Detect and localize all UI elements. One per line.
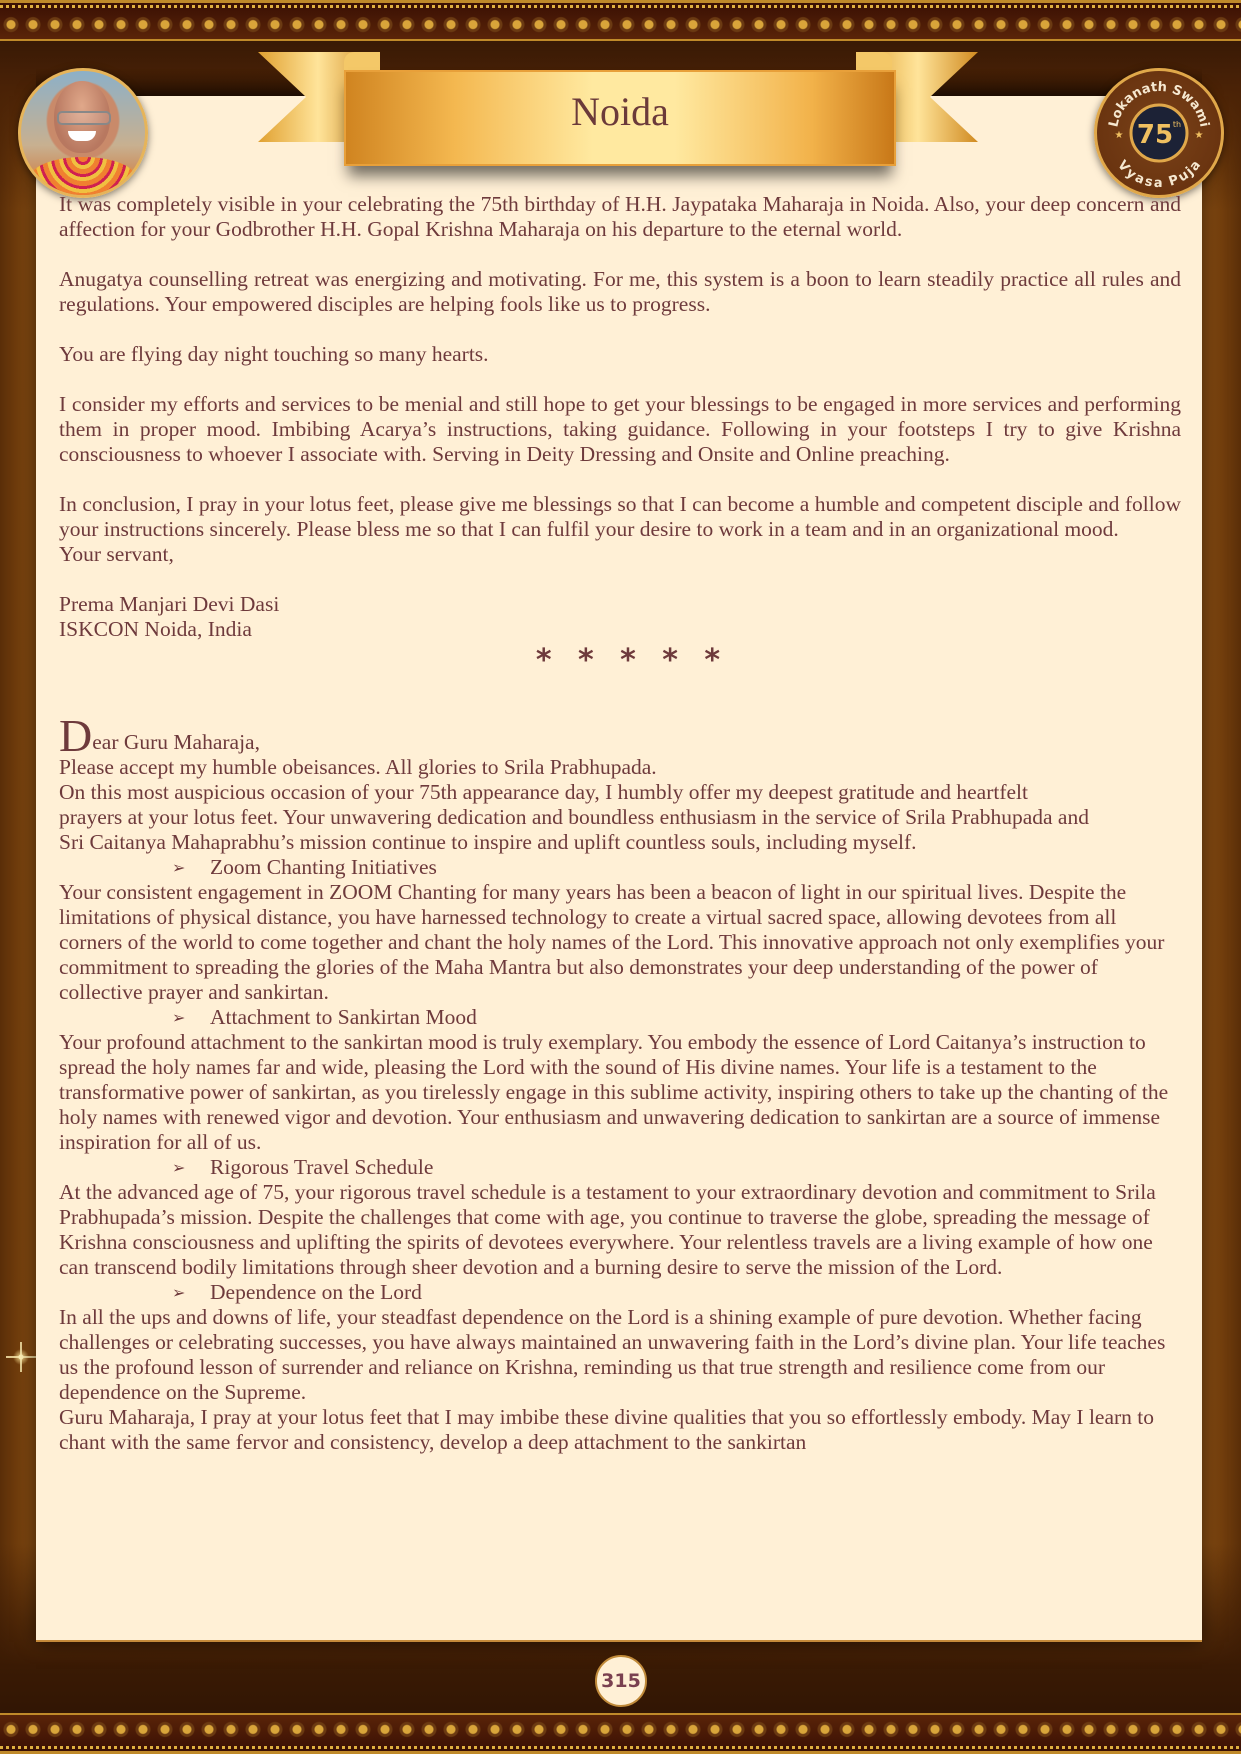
- section-body: At the advanced age of 75, your rigorous…: [59, 1180, 1175, 1280]
- arrow-bullet-icon: ➢: [172, 1005, 210, 1030]
- badge-emblem-icon: Lokanath Swami Vyasa Puja 75 th ★ ★: [1097, 71, 1221, 195]
- salutation: Dear Guru Maharaja,: [59, 723, 1175, 755]
- decorative-border-bottom: [0, 1713, 1241, 1754]
- ribbon-fold-left: [344, 52, 380, 72]
- svg-text:★: ★: [1115, 130, 1124, 141]
- signature-location: ISKCON Noida, India: [59, 617, 1181, 642]
- letter1-paragraph: You are flying day night touching so man…: [59, 342, 1181, 367]
- section-heading: ➢ Attachment to Sankirtan Mood: [59, 1005, 1175, 1030]
- drop-cap: D: [59, 710, 92, 761]
- letter-1: It was completely visible in your celebr…: [59, 192, 1181, 642]
- vyasa-puja-75-badge: Lokanath Swami Vyasa Puja 75 th ★ ★: [1094, 68, 1224, 198]
- letter-2: Dear Guru Maharaja, Please accept my hum…: [59, 723, 1175, 1455]
- signature-name: Prema Manjari Devi Dasi: [59, 592, 1181, 617]
- arrow-bullet-icon: ➢: [172, 1155, 210, 1180]
- section-body: Your consistent engagement in ZOOM Chant…: [59, 880, 1175, 1005]
- portrait-image: [18, 68, 148, 198]
- svg-text:Vyasa Puja: Vyasa Puja: [1114, 158, 1204, 191]
- page-content: It was completely visible in your celebr…: [59, 192, 1181, 1455]
- letter1-paragraph: I consider my efforts and services to be…: [59, 392, 1181, 467]
- ribbon-banner: Noida: [344, 70, 896, 166]
- svg-text:th: th: [1173, 120, 1181, 129]
- section-separator: * * * * *: [59, 646, 1181, 676]
- portrait-garland: [31, 157, 135, 197]
- portrait-glasses: [57, 111, 111, 125]
- svg-text:★: ★: [1195, 130, 1204, 141]
- section-body: Your profound attachment to the sankirta…: [59, 1030, 1175, 1155]
- section-heading: ➢ Zoom Chanting Initiatives: [59, 855, 1175, 880]
- section-body: In all the ups and downs of life, your s…: [59, 1305, 1175, 1405]
- section-heading: ➢ Rigorous Travel Schedule: [59, 1155, 1175, 1180]
- sparkle-icon: [12, 1348, 30, 1366]
- letter1-closing: Your servant,: [59, 542, 1181, 567]
- decorative-border-top: [0, 0, 1241, 41]
- greeting: Please accept my humble obeisances. All …: [59, 755, 1175, 780]
- section-heading: ➢ Dependence on the Lord: [59, 1280, 1175, 1305]
- letter1-paragraph: It was completely visible in your celebr…: [59, 192, 1181, 242]
- svg-text:75: 75: [1137, 120, 1173, 150]
- closing-paragraph: Guru Maharaja, I pray at your lotus feet…: [59, 1405, 1175, 1455]
- ribbon-fold-right: [856, 52, 892, 72]
- page-title: Noida: [571, 88, 669, 135]
- letter1-paragraph: In conclusion, I pray in your lotus feet…: [59, 492, 1181, 542]
- title-ribbon: Noida: [258, 52, 978, 172]
- page-number: 315: [595, 1655, 647, 1707]
- arrow-bullet-icon: ➢: [172, 855, 210, 880]
- intro-paragraph: On this most auspicious occasion of your…: [59, 780, 1175, 855]
- arrow-bullet-icon: ➢: [172, 1280, 210, 1305]
- letter1-paragraph: Anugatya counselling retreat was energiz…: [59, 267, 1181, 317]
